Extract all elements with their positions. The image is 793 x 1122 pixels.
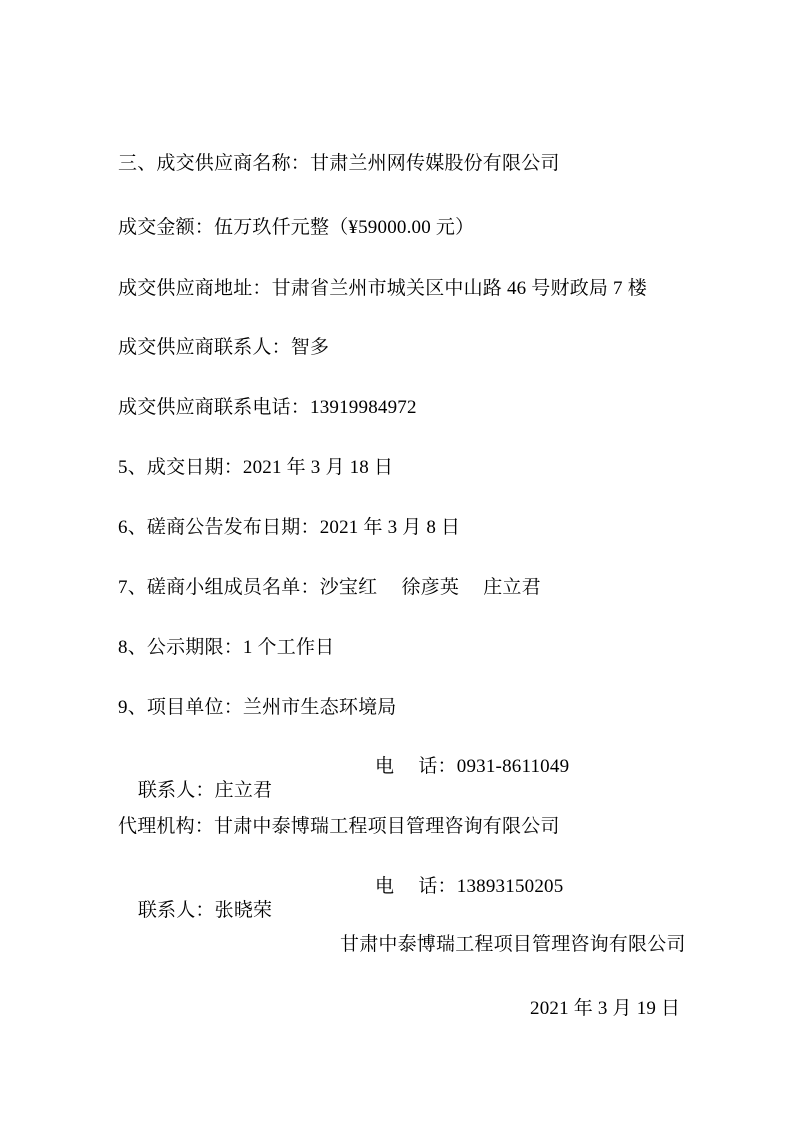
publicity-period-line: 8、公示期限：1 个工作日 (118, 636, 334, 660)
supplier-address-line: 成交供应商地址：甘肃省兰州市城关区中山路 46 号财政局 7 楼 (118, 277, 647, 301)
project-contact-phone: 电 话：0931-8611049 (375, 755, 569, 779)
announcement-publish-date-line: 6、磋商公告发布日期：2021 年 3 月 8 日 (118, 516, 460, 540)
supplier-contact-person-line: 成交供应商联系人：智多 (118, 336, 329, 360)
supplier-contact-phone-line: 成交供应商联系电话：13919984972 (118, 396, 417, 420)
agency-contact-line: 联系人：张晓荣 电 话：13893150205 (118, 875, 272, 971)
document-page: 三、成交供应商名称：甘肃兰州网传媒股份有限公司 成交金额：伍万玖仟元整（¥590… (0, 0, 793, 1122)
award-amount-line: 成交金额：伍万玖仟元整（¥59000.00 元） (118, 216, 474, 240)
agency-line: 代理机构：甘肃中泰博瑞工程项目管理咨询有限公司 (118, 815, 560, 839)
agency-contact-name: 联系人：张晓荣 (138, 900, 272, 921)
signature-date: 2021 年 3 月 19 日 (530, 997, 680, 1021)
agency-contact-phone: 电 话：13893150205 (375, 875, 563, 899)
panel-members-line: 7、磋商小组成员名单：沙宝红 徐彦英 庄立君 (118, 576, 541, 600)
supplier-name-line: 三、成交供应商名称：甘肃兰州网传媒股份有限公司 (118, 152, 560, 176)
project-unit-line: 9、项目单位：兰州市生态环境局 (118, 696, 397, 720)
signature-company: 甘肃中泰博瑞工程项目管理咨询有限公司 (340, 933, 686, 957)
award-date-line: 5、成交日期：2021 年 3 月 18 日 (118, 456, 393, 480)
project-contact-name: 联系人：庄立君 (138, 780, 272, 801)
